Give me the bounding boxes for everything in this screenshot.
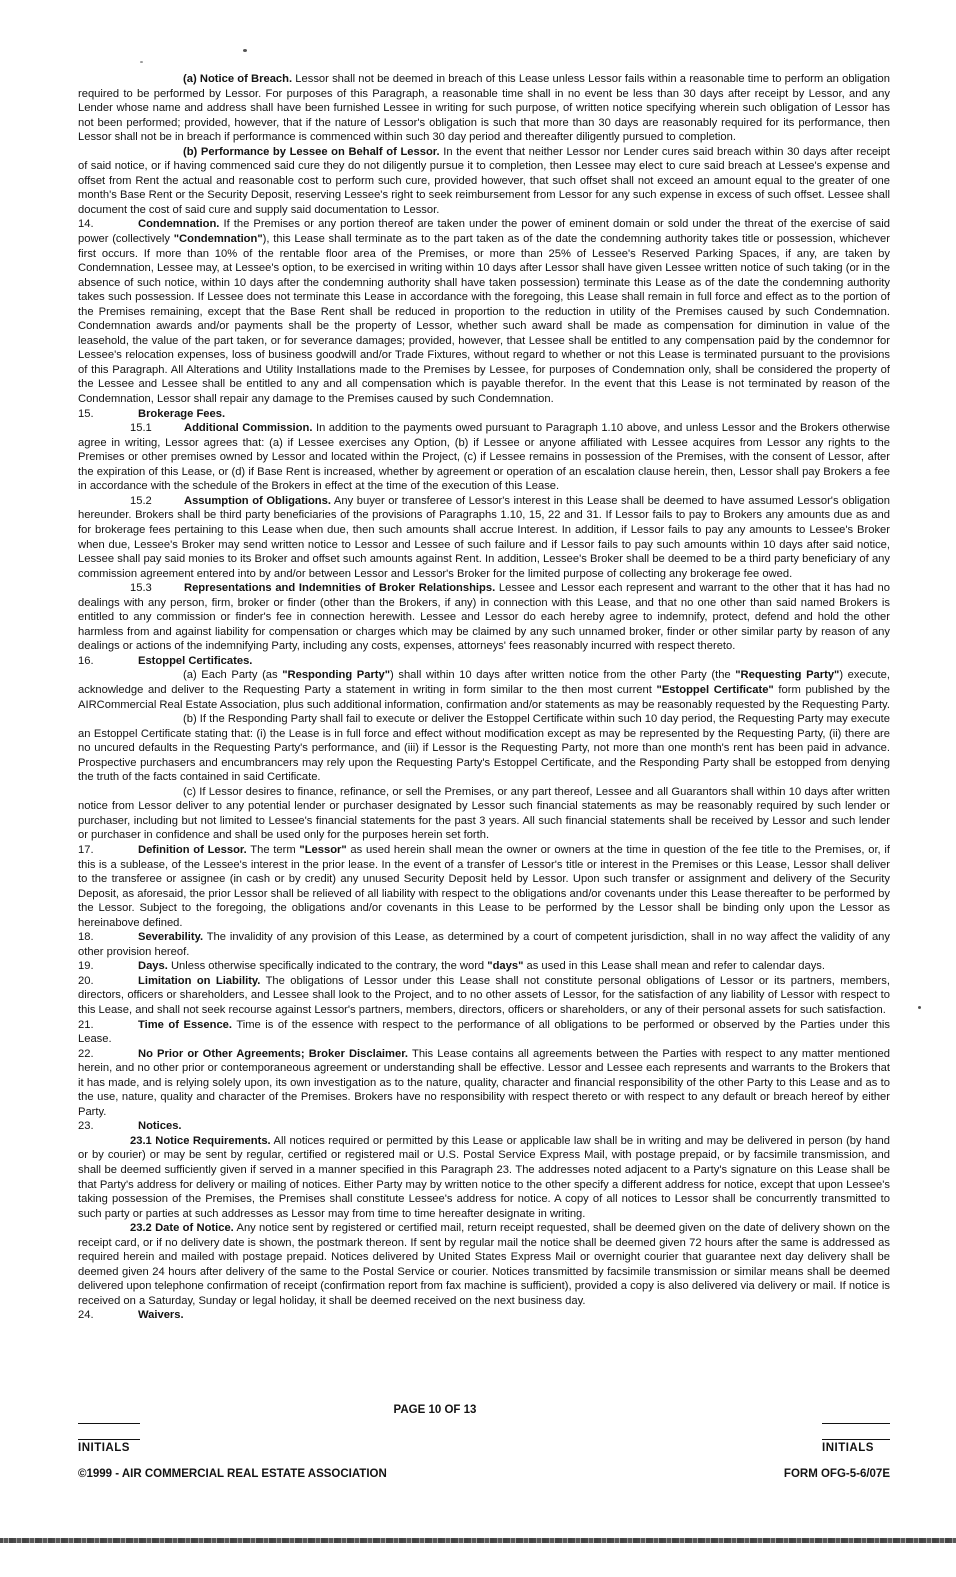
paragraph-13b-performance-by-lessee: (b) Performance by Lessee on Behalf of L… (78, 145, 890, 218)
paragraph-23-1-notice-requirements: 23.1 Notice Requirements. All notices re… (78, 1134, 890, 1221)
paragraph-heading-text: Condemnation. (138, 218, 219, 230)
form-number: FORM OFG-5-6/07E (784, 1468, 890, 1480)
initials-line-left-top (78, 1423, 140, 1424)
paragraph-heading-text: "Lessor" (299, 844, 346, 856)
paragraph-heading-text: Limitation on Liability. (138, 975, 260, 987)
paragraph-number: 14. (78, 217, 138, 232)
document-body: (a) Notice of Breach. Lessor shall not b… (78, 72, 890, 1323)
paragraph-number: 15.3 (130, 581, 184, 596)
paragraph-heading-text: Waivers. (138, 1309, 184, 1321)
paragraph-number: 23. (78, 1119, 138, 1134)
initials-label-right: INITIALS (822, 1442, 874, 1454)
paragraph-number: 19. (78, 959, 138, 974)
paragraph-15-3-representations-indemnities: 15.3Representations and Indemnities of B… (78, 581, 890, 654)
paragraph-heading-text: No Prior or Other Agreements; Broker Dis… (138, 1048, 408, 1060)
paragraph-heading-text: (b) Performance by Lessee on Behalf of L… (183, 146, 440, 158)
initials-line-right-top (822, 1423, 890, 1424)
scan-edge-artifact (0, 1538, 956, 1543)
document-page: (a) Notice of Breach. Lessor shall not b… (0, 0, 956, 1577)
paragraph-16-estoppel-certificates: 16.Estoppel Certificates. (78, 654, 890, 669)
paragraph-number: 21. (78, 1018, 138, 1033)
copyright-notice: ©1999 - AIR COMMERCIAL REAL ESTATE ASSOC… (78, 1468, 387, 1480)
paragraph-heading-text: Days. (138, 960, 168, 972)
paragraph-heading-text: Definition of Lessor. (138, 844, 247, 856)
paragraph-number: 16. (78, 654, 138, 669)
paragraph-heading-text: Additional Commission. (184, 422, 312, 434)
paragraph-number: 18. (78, 930, 138, 945)
paragraph-number: 15.2 (130, 494, 184, 509)
paragraph-text: The term (247, 844, 300, 856)
paragraph-21-time-of-essence: 21.Time of Essence. Time is of the essen… (78, 1018, 890, 1047)
paragraph-22-no-prior-agreements: 22.No Prior or Other Agreements; Broker … (78, 1047, 890, 1120)
paragraph-heading-text: Estoppel Certificates. (138, 655, 252, 667)
paragraph-15-2-assumption-of-obligations: 15.2Assumption of Obligations. Any buyer… (78, 494, 890, 581)
paragraph-19-days: 19.Days. Unless otherwise specifically i… (78, 959, 890, 974)
paragraph-number: 24. (78, 1308, 138, 1323)
paragraph-heading-text: 23.2 Date of Notice. (130, 1222, 234, 1234)
paragraph-heading-text: Representations and Indemnities of Broke… (184, 582, 495, 594)
paragraph-number: 20. (78, 974, 138, 989)
paragraph-heading-text: Assumption of Obligations. (184, 495, 331, 507)
paragraph-heading-text: "Requesting Party" (735, 669, 839, 681)
paragraph-heading-text: Severability. (138, 931, 203, 943)
scan-speck (140, 61, 143, 63)
paragraph-text: Unless otherwise specifically indicated … (168, 960, 487, 972)
paragraph-number: 22. (78, 1047, 138, 1062)
paragraph-heading-text: Brokerage Fees. (138, 408, 225, 420)
paragraph-text: (a) Each Party (as (183, 669, 282, 681)
paragraph-23-2-date-of-notice: 23.2 Date of Notice. Any notice sent by … (78, 1221, 890, 1308)
paragraph-heading-text: "Condemnation" (174, 233, 263, 245)
paragraph-number: 15. (78, 407, 138, 422)
paragraph-15-1-additional-commission: 15.1Additional Commission. In addition t… (78, 421, 890, 494)
paragraph-text: Any notice sent by registered or certifi… (78, 1222, 890, 1307)
paragraph-15-brokerage-fees: 15.Brokerage Fees. (78, 407, 890, 422)
scan-speck (243, 49, 247, 52)
paragraph-24-waivers: 24.Waivers. (78, 1308, 890, 1323)
paragraph-number: 15.1 (130, 421, 184, 436)
paragraph-14-condemnation: 14.Condemnation. If the Premises or any … (78, 217, 890, 406)
paragraph-16a: (a) Each Party (as "Responding Party") s… (78, 668, 890, 712)
paragraph-heading-text: (a) Notice of Breach. (183, 73, 292, 85)
paragraph-16b: (b) If the Responding Party shall fail t… (78, 712, 890, 785)
paragraph-text: ), this Lease shall terminate as to the … (78, 233, 890, 405)
paragraph-text: as used herein shall mean the owner or o… (78, 844, 890, 929)
initials-line-left-bottom (78, 1439, 140, 1440)
paragraph-13a-notice-of-breach: (a) Notice of Breach. Lessor shall not b… (78, 72, 890, 145)
paragraph-text: (c) If Lessor desires to finance, refina… (78, 786, 890, 842)
paragraph-18-severability: 18.Severability. The invalidity of any p… (78, 930, 890, 959)
paragraph-23-notices: 23.Notices. (78, 1119, 890, 1134)
paragraph-17-definition-of-lessor: 17.Definition of Lessor. The term "Lesso… (78, 843, 890, 930)
paragraph-heading-text: 23.1 Notice Requirements. (130, 1135, 271, 1147)
paragraph-text: as used in this Lease shall mean and ref… (523, 960, 825, 972)
paragraph-heading-text: "days" (487, 960, 523, 972)
paragraph-16c: (c) If Lessor desires to finance, refina… (78, 785, 890, 843)
paragraph-text: All notices required or permitted by thi… (78, 1135, 890, 1220)
paragraph-text: ) shall within 10 days after written not… (390, 669, 735, 681)
page-number-label: PAGE 10 OF 13 (0, 1404, 870, 1416)
paragraph-heading-text: Time of Essence. (138, 1019, 232, 1031)
paragraph-text: Any buyer or transferee of Lessor's inte… (78, 495, 890, 580)
paragraph-20-limitation-on-liability: 20.Limitation on Liability. The obligati… (78, 974, 890, 1018)
scan-speck (918, 1006, 921, 1009)
initials-line-right-bottom (822, 1439, 890, 1440)
paragraph-heading-text: "Responding Party" (282, 669, 390, 681)
paragraph-heading-text: Notices. (138, 1120, 182, 1132)
initials-label-left: INITIALS (78, 1442, 130, 1454)
paragraph-number: 17. (78, 843, 138, 858)
paragraph-heading-text: "Estoppel Certificate" (657, 684, 774, 696)
paragraph-text: (b) If the Responding Party shall fail t… (78, 713, 890, 783)
